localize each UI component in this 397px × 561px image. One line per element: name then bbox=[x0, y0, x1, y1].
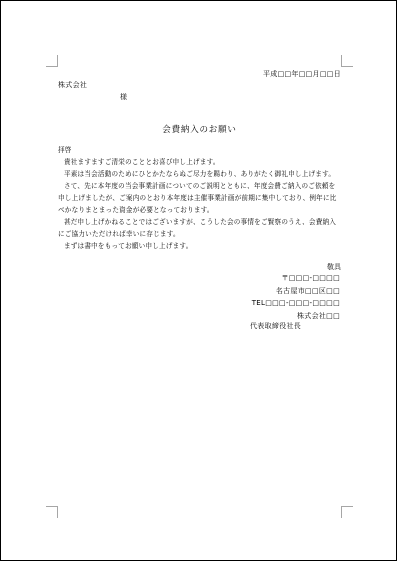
letter-date: 平成□□年□□月□□日 bbox=[263, 70, 341, 79]
sender-address: 名古屋市□□区□□ bbox=[252, 285, 340, 298]
addressee-company: 株式会社 bbox=[58, 81, 87, 90]
letter-title: 会費納入のお願い bbox=[1, 125, 397, 135]
paragraph: 甚だ申し上げかねることではございますが、こうした会の事情をご賢察のうえ、会費納入… bbox=[58, 216, 342, 240]
paragraph: まずは書中をもってお願い申し上げます。 bbox=[58, 240, 342, 252]
paragraph: 平素は当会活動のためにひとかたならぬご尽力を賜わり、ありがたく御礼申し上げます。 bbox=[58, 168, 342, 180]
crop-mark-bottom-left bbox=[46, 506, 58, 518]
addressee-honorific: 様 bbox=[120, 93, 127, 102]
sender-phone: TEL□□□-□□□-□□□□ bbox=[252, 297, 340, 310]
crop-mark-bottom-right bbox=[341, 506, 353, 518]
sender-postal-code: 〒□□□-□□□□ bbox=[252, 272, 340, 285]
paragraph: 貴社ますますご清栄のこととお喜び申し上げます。 bbox=[58, 156, 342, 168]
crop-mark-top-right bbox=[341, 55, 353, 67]
sender-representative: 代表取締役社長 bbox=[250, 321, 301, 331]
crop-mark-top-left bbox=[46, 55, 58, 67]
document-page: 平成□□年□□月□□日 株式会社 様 会費納入のお願い 拝啓 貴社ますますご清栄… bbox=[0, 0, 397, 561]
letter-body: 拝啓 貴社ますますご清栄のこととお喜び申し上げます。 平素は当会活動のためにひと… bbox=[58, 144, 342, 252]
greeting: 拝啓 bbox=[58, 144, 342, 156]
sender-block: 〒□□□-□□□□ 名古屋市□□区□□ TEL□□□-□□□-□□□□ 株式会社… bbox=[252, 272, 340, 322]
closing-keigu: 敬具 bbox=[327, 262, 341, 272]
paragraph: さて、先に本年度の当会事業計画についてのご説明とともに、年度会費ご納入のご依頼を… bbox=[58, 180, 342, 216]
